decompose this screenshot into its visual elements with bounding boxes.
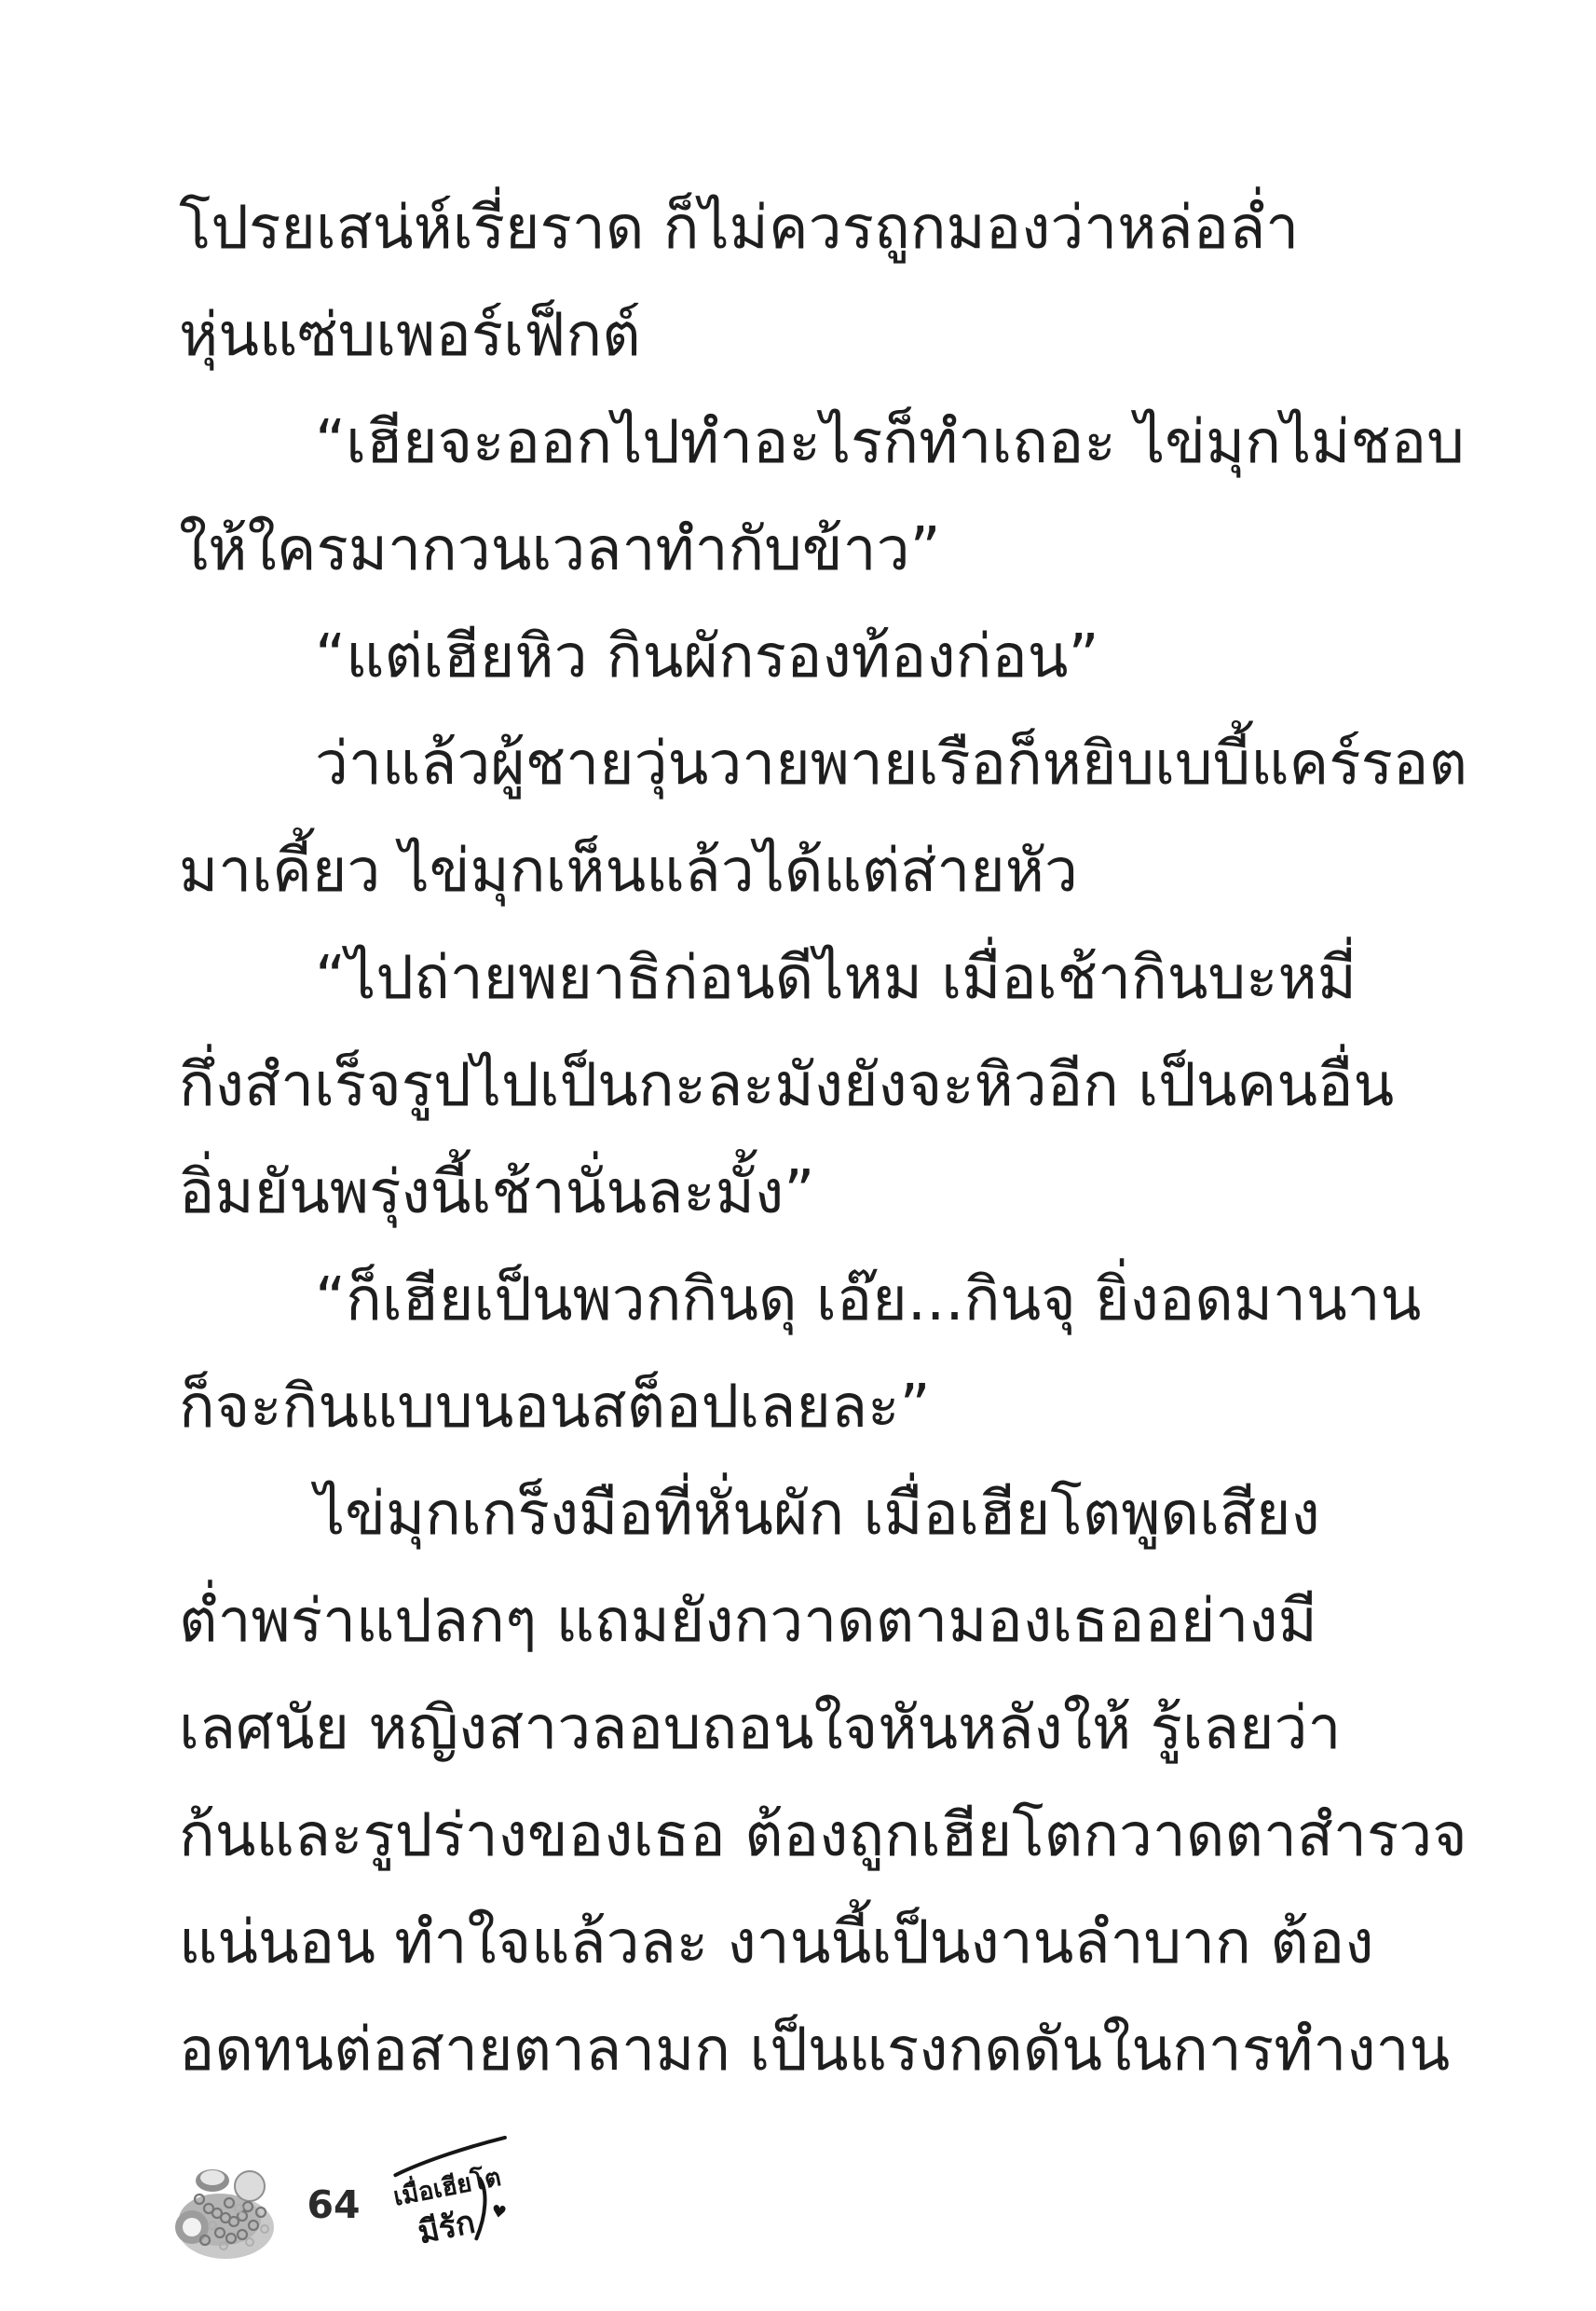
book-title-logo: เมื่อเฮียโต มีรัก ♥ [388, 2136, 516, 2254]
book-page: โปรยเสน่ห์เรี่ยราด ก็ไม่ควรถูกมองว่าหล่อ… [0, 0, 1596, 2311]
text-line: ไข่มุกเกร็งมือที่หั่นผัก เมื่อเฮียโตพูดเ… [179, 1461, 1330, 1568]
jewelry-photo [164, 2154, 287, 2264]
text-line: ก็จะกินแบบนอนสต็อปเลยละ” [179, 1354, 1330, 1461]
text-line: หุ่นแซ่บเพอร์เฟ็กต์ [179, 282, 1330, 390]
text-line: “ไปถ่ายพยาธิก่อนดีไหม เมื่อเช้ากินบะหมี่ [179, 925, 1330, 1032]
text-line: อดทนต่อสายตาลามก เป็นแรงกดดันในการทำงาน [179, 1997, 1330, 2104]
text-line: “แต่เฮียหิว กินผักรองท้องก่อน” [179, 604, 1330, 711]
text-line: เลศนัย หญิงสาวลอบถอนใจหันหลังให้ รู้เลยว… [179, 1675, 1330, 1783]
text-line: ก้นและรูปร่างของเธอ ต้องถูกเฮียโตกวาดตาส… [179, 1783, 1330, 1890]
text-line: โปรยเสน่ห์เรี่ยราด ก็ไม่ควรถูกมองว่าหล่อ… [179, 175, 1330, 282]
text-line: อิ่มยันพรุ่งนี้เช้านั่นละมั้ง” [179, 1140, 1330, 1247]
text-line: กึ่งสำเร็จรูปไปเป็นกะละมังยังจะหิวอีก เป… [179, 1032, 1330, 1140]
text-line: “เฮียจะออกไปทำอะไรก็ทำเถอะ ไข่มุกไม่ชอบ [179, 390, 1330, 497]
text-line: ต่ำพร่าแปลกๆ แถมยังกวาดตามองเธออย่างมี [179, 1568, 1330, 1675]
jewelry-illustration [164, 2154, 287, 2264]
text-line: มาเคี้ยว ไข่มุกเห็นแล้วได้แต่ส่ายหัว [179, 818, 1330, 925]
page-number: 64 [306, 2182, 361, 2227]
body-text: โปรยเสน่ห์เรี่ยราด ก็ไม่ควรถูกมองว่าหล่อ… [179, 175, 1330, 2104]
text-line: แน่นอน ทำใจแล้วละ งานนี้เป็นงานลำบาก ต้อ… [179, 1890, 1330, 1997]
text-line: ให้ใครมากวนเวลาทำกับข้าว” [179, 497, 1330, 604]
heart-icon: ♥ [490, 2202, 508, 2223]
text-line: ว่าแล้วผู้ชายวุ่นวายพายเรือก็หยิบเบบี้แค… [179, 711, 1330, 818]
text-line: “ก็เฮียเป็นพวกกินดุ เอ๊ย...กินจุ ยิ่งอดม… [179, 1247, 1330, 1354]
